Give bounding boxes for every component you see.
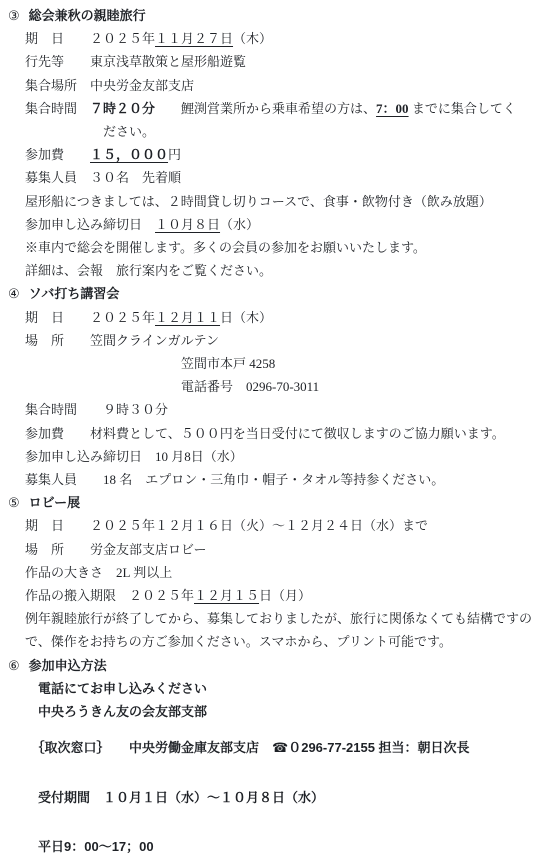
text-line: 笠間市本戸 4258 xyxy=(8,352,546,375)
text-line: ｛取次窓口｝ 中央労働金庫友部支店 ☎０296-77-2155 担当：朝日次長 xyxy=(8,736,546,759)
section-header: ⑥参加申込方法 xyxy=(8,654,546,677)
section-⑤: ⑤ロビー展期 日 ２０２５年１２月１６日（火）～１２月２４日（水）まで場 所 労… xyxy=(8,491,546,653)
text-line: 集合時間 ７時２０分 鯉渕営業所から乗車希望の方は、7：00 までに集合してく xyxy=(8,97,546,120)
text-line: 集合時間 ９時３０分 xyxy=(8,398,546,421)
text-segment: 参加費 xyxy=(25,147,90,162)
text-segment: １５，０００ xyxy=(90,147,168,162)
text-line: 募集人員 18 名 エプロン・三角巾・帽子・タオル等持参ください。 xyxy=(8,468,546,491)
text-segment: 集合時間 xyxy=(25,101,90,116)
section-header: ③総会兼秋の親睦旅行 xyxy=(8,4,546,27)
text-segment: １２月１５ xyxy=(194,588,259,603)
section-④: ④ソバ打ち講習会期 日 ２０２５年１２月１１日（木）場 所 笠間クラインガルテン… xyxy=(8,282,546,491)
blank-line xyxy=(8,822,546,835)
phone-icon: ☎ xyxy=(272,740,288,755)
text-line: 電話にてお申し込みください xyxy=(8,677,546,700)
text-segment: １１月２７日 xyxy=(155,31,233,46)
text-segment: ださい。 xyxy=(25,124,155,139)
blank-line xyxy=(8,773,546,786)
text-segment: 笠間市本戸 4258 xyxy=(25,356,275,371)
text-line: 中央ろうきん友の会友部支部 xyxy=(8,700,546,723)
text-line: 例年親睦旅行が終了してから、募集しておりましたが、旅行に関係なくても結構ですの xyxy=(8,607,546,630)
section-title: 総会兼秋の親睦旅行 xyxy=(29,8,146,23)
text-segment: 行先等 東京浅草散策と屋形船遊覧 xyxy=(25,54,246,69)
text-segment: 期 日 ２０２５年１２月１６日（火）～１２月２４日（水）まで xyxy=(25,518,428,533)
text-line: ださい。 xyxy=(8,120,546,143)
text-line: 詳細は、会報 旅行案内をご覧ください。 xyxy=(8,259,546,282)
text-segment: 参加費 材料費として、５００円を当日受付にて徴収しますのご協力願います。 xyxy=(25,426,505,441)
text-segment: 平日9：00～17；00 xyxy=(25,839,154,854)
blank-line xyxy=(8,809,546,822)
text-segment: 例年親睦旅行が終了してから、募集しておりましたが、旅行に関係なくても結構ですの xyxy=(25,611,532,626)
text-segment: 詳細は、会報 旅行案内をご覧ください。 xyxy=(25,263,272,278)
text-line: 行先等 東京浅草散策と屋形船遊覧 xyxy=(8,50,546,73)
section-header: ⑤ロビー展 xyxy=(8,491,546,514)
text-segment: 円 xyxy=(168,147,181,162)
text-segment: 日（木） xyxy=(220,310,272,325)
text-line: 期 日 ２０２５年１２月１１日（木） xyxy=(8,306,546,329)
text-line: 参加申し込み締切日 １０月８日（水） xyxy=(8,213,546,236)
document-body: ③総会兼秋の親睦旅行期 日 ２０２５年１１月２７日（木）行先等 東京浅草散策と屋… xyxy=(8,4,546,858)
section-number: ⑤ xyxy=(8,491,20,514)
text-line: ※車内で総会を開催します。多くの会員の参加をお願いいたします。 xyxy=(8,236,546,259)
text-line: で、傑作をお持ちの方ご参加ください。スマホから、プリント可能です。 xyxy=(8,630,546,653)
section-number: ③ xyxy=(8,4,20,27)
text-line: 参加費 材料費として、５００円を当日受付にて徴収しますのご協力願います。 xyxy=(8,422,546,445)
text-segment: ０296-77-2155 担当：朝日次長 xyxy=(288,740,469,755)
text-segment: 集合場所 中央労金友部支店 xyxy=(25,78,194,93)
section-header: ④ソバ打ち講習会 xyxy=(8,282,546,305)
text-line: 募集人員 ３０名 先着順 xyxy=(8,166,546,189)
text-segment: 作品の搬入期限 ２０２５年 xyxy=(25,588,194,603)
text-segment: 中央ろうきん友の会友部支部 xyxy=(25,704,207,719)
text-line: 作品の搬入期限 ２０２５年１２月１５日（月） xyxy=(8,584,546,607)
text-segment: （水） xyxy=(220,217,259,232)
text-line: 屋形船につきましては、２時間貸し切りコースで、食事・飲物付き（飲み放題） xyxy=(8,190,546,213)
text-line: 参加申し込み締切日 10 月8日（水） xyxy=(8,445,546,468)
text-segment: で、傑作をお持ちの方ご参加ください。スマホから、プリント可能です。 xyxy=(25,634,452,649)
text-line: 作品の大きさ 2L 判以上 xyxy=(8,561,546,584)
text-segment: 場 所 労金友部支店ロビー xyxy=(25,542,206,557)
text-segment: （木） xyxy=(233,31,272,46)
text-segment: １２月１１ xyxy=(155,310,220,325)
text-line: 場 所 労金友部支店ロビー xyxy=(8,538,546,561)
section-title: ロビー展 xyxy=(29,495,80,510)
text-line: 受付期間 １０月１日（水）～１０月８日（水） xyxy=(8,786,546,809)
section-number: ⑥ xyxy=(8,654,20,677)
text-segment: ※車内で総会を開催します。多くの会員の参加をお願いいたします。 xyxy=(25,240,426,255)
text-line: 期 日 ２０２５年１１月２７日（木） xyxy=(8,27,546,50)
text-segment: 作品の大きさ 2L 判以上 xyxy=(25,565,172,580)
section-number: ④ xyxy=(8,282,20,305)
text-segment: 募集人員 18 名 エプロン・三角巾・帽子・タオル等持参ください。 xyxy=(25,472,444,487)
text-segment: 日（月） xyxy=(259,588,311,603)
text-segment: １０月８日 xyxy=(155,217,220,232)
section-title: 参加申込方法 xyxy=(29,658,107,673)
text-segment: 鯉渕営業所から乗車希望の方は、 xyxy=(155,101,376,116)
section-⑥: ⑥参加申込方法 電話にてお申し込みください 中央ろうきん友の会友部支部 ｛取次窓… xyxy=(8,654,546,858)
text-segment: ７時２０分 xyxy=(90,101,155,116)
section-title: ソバ打ち講習会 xyxy=(29,286,120,301)
text-segment: 屋形船につきましては、２時間貸し切りコースで、食事・飲物付き（飲み放題） xyxy=(25,194,492,209)
text-segment: 電話番号 0296-70-3011 xyxy=(25,379,319,394)
text-line: 電話番号 0296-70-3011 xyxy=(8,375,546,398)
text-segment: 参加申し込み締切日 10 月8日（水） xyxy=(25,449,243,464)
text-segment: までに集合してく xyxy=(409,101,516,116)
text-segment: 7：00 xyxy=(376,101,409,116)
text-segment: 期 日 ２０２５年 xyxy=(25,31,155,46)
text-line: 場 所 笠間クラインガルテン xyxy=(8,329,546,352)
text-line: 集合場所 中央労金友部支店 xyxy=(8,74,546,97)
text-segment: 集合時間 ９時３０分 xyxy=(25,402,168,417)
text-line: 参加費 １５，０００円 xyxy=(8,143,546,166)
text-segment: ｛取次窓口｝ 中央労働金庫友部支店 xyxy=(25,740,272,755)
text-segment: 募集人員 ３０名 先着順 xyxy=(25,170,181,185)
text-segment: 電話にてお申し込みください xyxy=(25,681,207,696)
text-segment: 期 日 ２０２５年 xyxy=(25,310,155,325)
section-③: ③総会兼秋の親睦旅行期 日 ２０２５年１１月２７日（木）行先等 東京浅草散策と屋… xyxy=(8,4,546,282)
document-page: ③総会兼秋の親睦旅行期 日 ２０２５年１１月２７日（木）行先等 東京浅草散策と屋… xyxy=(0,0,550,867)
blank-line xyxy=(8,760,546,773)
text-segment: 受付期間 １０月１日（水）～１０月８日（水） xyxy=(25,790,324,805)
blank-line xyxy=(8,723,546,736)
text-line: 平日9：00～17；00 xyxy=(8,835,546,858)
text-segment: 参加申し込み締切日 xyxy=(25,217,155,232)
text-segment: 場 所 笠間クラインガルテン xyxy=(25,333,219,348)
text-line: 期 日 ２０２５年１２月１６日（火）～１２月２４日（水）まで xyxy=(8,514,546,537)
